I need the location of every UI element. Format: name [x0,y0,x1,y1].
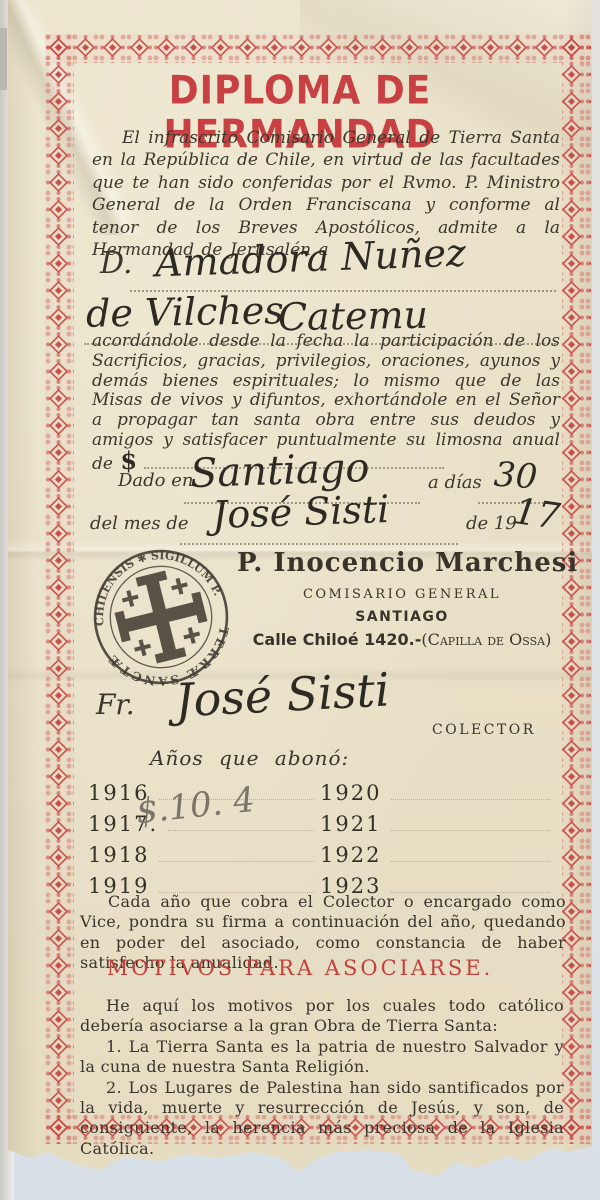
leader-line [391,830,550,831]
year-cell: 1922 [320,842,381,868]
comisario-address: Calle Chiloé 1420.-(Capilla de Ossa) [237,630,567,649]
de-19-label: de 19 [466,513,517,534]
comisario-title: COMISARIO GENERAL [237,587,567,602]
leader-line [391,799,550,800]
a-dias-label: a días [428,472,482,493]
leader-line [168,830,314,831]
jerusalem-cross-icon [108,564,215,671]
street-address: Calle Chiloé 1420.- [253,630,422,649]
scanned-diploma-page: DIPLOMA DE HERMANDAD El infrascrito Comi… [0,0,600,1200]
signature-block: P. Inocencio Marchesi COMISARIO GENERAL … [237,548,567,649]
day-handwriting: 30 [493,455,539,498]
year-cell: 1920 [320,780,381,806]
leader-line [159,861,314,862]
motivos-intro-paragraph: He aquí los motivos por los cuales todo … [80,996,564,1037]
motivos-heading: MOTIVOS PARA ASOCIARSE. [50,956,550,980]
collector-signature-handwriting: José Sisti [174,662,391,727]
motivos-section: He aquí los motivos por los cuales todo … [80,996,564,1159]
leader-line [391,861,550,862]
motivo-item: 1. La Tierra Santa es la patria de nuest… [80,1037,564,1078]
dado-en-label: Dado en [118,470,194,491]
comisario-city: SANTIAGO [237,609,567,625]
chapel-note: (Capilla de Ossa) [421,630,551,649]
del-mes-label: del mes de [90,513,189,534]
collector-label: COLECTOR [432,722,536,738]
month-handwriting: José Sisti [211,487,390,537]
year-cell: 1921 [320,811,381,837]
years-paid-heading: Años que abonó: [150,746,349,770]
comisario-name: P. Inocencio Marchesi [237,548,567,578]
fr-prefix-label: Fr. [96,688,135,721]
scanner-edge-artifact [0,28,7,90]
year-row: 1918 1922 [88,838,556,868]
year-handwriting: 17 [511,491,562,538]
honorific-label: D. [100,246,133,281]
motivo-item: 2. Los Lugares de Palestina han sido san… [80,1078,564,1160]
month-line [180,543,458,545]
year-cell: 1918 [88,842,149,868]
member-name-handwriting: de Vilches [86,288,284,335]
